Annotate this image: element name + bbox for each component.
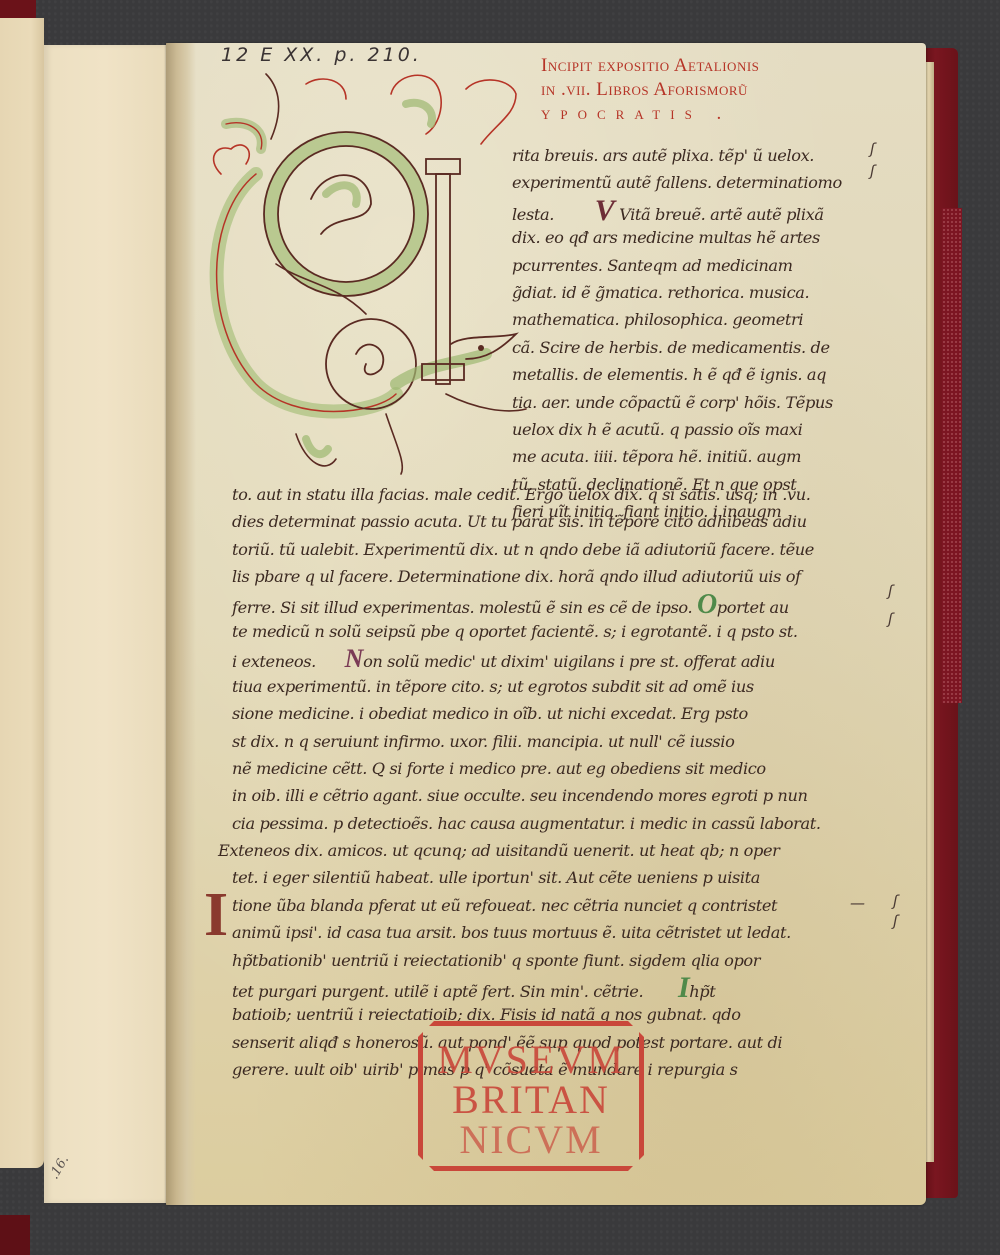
text-line: animũ ipsi'. id casa tua arsit. bos tuus… bbox=[232, 919, 821, 946]
margin-mark: ʃ bbox=[893, 912, 898, 930]
text-line: tet. i eger silentiũ habeat. ulle iportu… bbox=[232, 864, 821, 891]
text-line: nẽ medicine cẽtt. Q si forte i medico pr… bbox=[232, 755, 821, 782]
text-line: dix. eo qđ ars medicine multas hẽ artes bbox=[512, 224, 842, 251]
text-line: on solũ medic' ut dixim' uigilans i pre … bbox=[363, 652, 775, 671]
text-line: me acuta. iiii. tẽpora hẽ. initiũ. augm bbox=[512, 443, 842, 470]
margin-mark: ʃ bbox=[870, 162, 875, 180]
gutter-repair bbox=[166, 43, 196, 1205]
text-line: tet purgari purgent. utilẽ i aptẽ fert. … bbox=[232, 974, 821, 1001]
left-cover-corner-bottom bbox=[0, 1215, 30, 1255]
initial-i-green: I bbox=[678, 971, 689, 1004]
initial-o: O bbox=[697, 589, 717, 620]
margin-mark: — bbox=[850, 894, 865, 912]
text-line: ferre. Si sit illud experimentas. molest… bbox=[232, 591, 821, 618]
margin-mark: ʃ bbox=[870, 140, 875, 158]
text-line: ferre. Si sit illud experimentas. molest… bbox=[232, 598, 692, 617]
text-line: i exteneos. bbox=[232, 652, 316, 671]
text-line: lesta. V Vitã breuẽ. artẽ autẽ plixã bbox=[512, 197, 842, 224]
text-line: Vitã breuẽ. artẽ autẽ plixã bbox=[619, 205, 823, 224]
rubric-line: in .vii. Libros Aforismorũ bbox=[541, 78, 891, 102]
text-line: dies determinat passio acuta. Ut tu para… bbox=[232, 508, 821, 535]
rubric-line: Incipit expositio Aetalionis bbox=[541, 54, 891, 78]
text-line: experimentũ autẽ fallens. determinatiomo bbox=[512, 169, 842, 196]
text-line: hp̃t bbox=[689, 982, 715, 1001]
text-line: Exteneos dix. amicos. ut qcunq; ad uisit… bbox=[218, 837, 821, 864]
text-line: te medicũ n solũ seipsũ pbe q oportet fa… bbox=[232, 618, 821, 645]
initial-i-red: I bbox=[204, 880, 228, 950]
text-line: tiua experimentũ. in tẽpore cito. s; ut … bbox=[232, 673, 821, 700]
stamp-line: NICVM bbox=[418, 1120, 644, 1160]
text-line: uelox dix h ẽ acutũ. q passio oĩs maxi bbox=[512, 416, 842, 443]
text-line: mathematica. philosophica. geometri bbox=[512, 306, 842, 333]
text-line: cã. Scire de herbis. de medicamentis. de bbox=[512, 334, 842, 361]
text-line: tet purgari purgent. utilẽ i aptẽ fert. … bbox=[232, 982, 643, 1001]
stamp-line: MVSEVM bbox=[418, 1040, 644, 1080]
text-line: tia. aer. unde cõpactũ ẽ corp' hõis. Tẽp… bbox=[512, 389, 842, 416]
museum-stamp-text: MVSEVM BRITAN NICVM bbox=[418, 1040, 644, 1160]
text-line: pcurrentes. Santeqm ad medicinam bbox=[512, 252, 842, 279]
margin-mark: ʃ bbox=[893, 892, 898, 910]
initial-n: N bbox=[345, 644, 363, 673]
text-line: g̃diat. id ẽ g̃matica. rethorica. musica… bbox=[512, 279, 842, 306]
text-column-main: to. aut in statu illa facias. male cedit… bbox=[232, 481, 821, 1084]
shelfmark: 12 E XX. p. 210. bbox=[221, 44, 422, 66]
text-line: cia pessima. p detectioẽs. hac causa aug… bbox=[232, 810, 821, 837]
text-line: to. aut in statu illa facias. male cedit… bbox=[232, 481, 821, 508]
margin-mark: ʃ bbox=[888, 610, 893, 628]
flyleaf-front bbox=[44, 45, 166, 1203]
binding-textured-band bbox=[942, 208, 962, 703]
decorated-initial-icon bbox=[196, 64, 541, 484]
text-line: lis pbare q ul facere. Determinatione di… bbox=[232, 563, 821, 590]
text-line: sione medicine. i obediat medico in oĩb.… bbox=[232, 700, 821, 727]
margin-mark: ʃ bbox=[888, 582, 893, 600]
text-line: metallis. de elementis. h ẽ qđ ẽ ignis. … bbox=[512, 361, 842, 388]
text-line: toriũ. tũ ualebit. Experimentũ dix. ut n… bbox=[232, 536, 821, 563]
initial-v: V bbox=[595, 194, 615, 227]
text-line: lesta. bbox=[512, 205, 554, 224]
text-line: rita breuis. ars autẽ plixa. tẽp' ũ uelo… bbox=[512, 142, 842, 169]
text-column-top: rita breuis. ars autẽ plixa. tẽp' ũ uelo… bbox=[512, 142, 842, 525]
text-line: tione ũba blanda pferat ut eũ refoueat. … bbox=[232, 892, 821, 919]
stamp-line: BRITAN bbox=[418, 1080, 644, 1120]
text-line: portet au bbox=[717, 598, 789, 617]
text-line: hp̃tbationib' uentriũ i reiectationib' q… bbox=[232, 947, 821, 974]
flyleaf-back bbox=[0, 18, 44, 1168]
rubric-line: ypocratis . bbox=[541, 102, 891, 126]
text-line: i exteneos. Non solũ medic' ut dixim' ui… bbox=[232, 645, 821, 672]
rubric-heading: Incipit expositio Aetalionis in .vii. Li… bbox=[541, 54, 891, 126]
text-line: in oib. illi e cẽtrio agant. siue occult… bbox=[232, 782, 821, 809]
text-line: st dix. n q seruiunt infirmo. uxor. fili… bbox=[232, 728, 821, 755]
